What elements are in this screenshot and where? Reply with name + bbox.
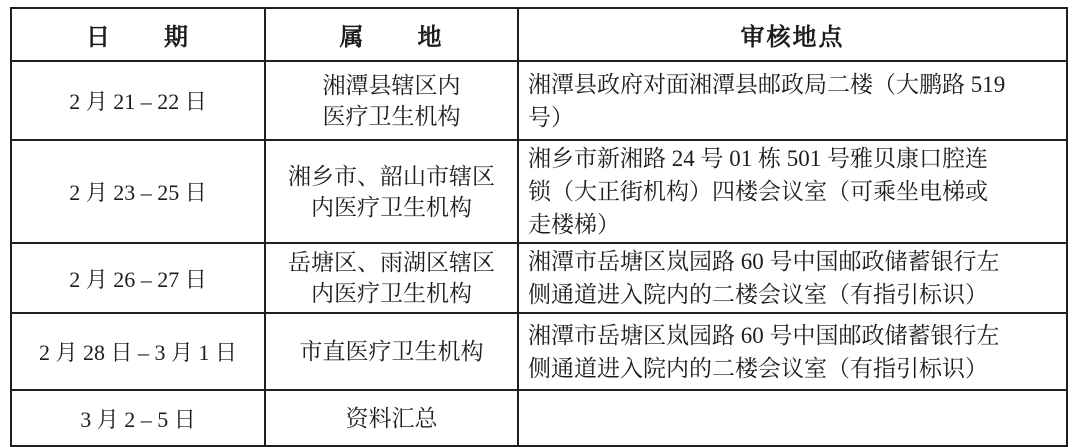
header-row: 日 期 属 地 审核地点	[11, 8, 1067, 61]
cell-location: 湘潭市岳塘区岚园路 60 号中国邮政储蓄银行左 侧通道进入院内的二楼会议室（有指…	[518, 313, 1067, 390]
header-region: 属 地	[265, 8, 518, 61]
cell-location	[518, 390, 1067, 446]
header-location: 审核地点	[518, 8, 1067, 61]
header-date: 日 期	[11, 8, 265, 61]
cell-region: 岳塘区、雨湖区辖区 内医疗卫生机构	[265, 243, 518, 313]
cell-date: 3 月 2 – 5 日	[11, 390, 265, 446]
review-schedule-table: 日 期 属 地 审核地点 2 月 21 – 22 日 湘潭县辖区内 医疗卫生机构…	[10, 7, 1068, 447]
cell-region: 湘潭县辖区内 医疗卫生机构	[265, 61, 518, 140]
cell-location: 湘潭市岳塘区岚园路 60 号中国邮政储蓄银行左 侧通道进入院内的二楼会议室（有指…	[518, 243, 1067, 313]
table-row: 2 月 26 – 27 日 岳塘区、雨湖区辖区 内医疗卫生机构 湘潭市岳塘区岚园…	[11, 243, 1067, 313]
cell-date: 2 月 23 – 25 日	[11, 140, 265, 243]
cell-location: 湘乡市新湘路 24 号 01 栋 501 号雅贝康口腔连 锁（大正街机构）四楼会…	[518, 140, 1067, 243]
table-row: 2 月 28 日 – 3 月 1 日 市直医疗卫生机构 湘潭市岳塘区岚园路 60…	[11, 313, 1067, 390]
document-page: 日 期 属 地 审核地点 2 月 21 – 22 日 湘潭县辖区内 医疗卫生机构…	[0, 0, 1080, 447]
table-row: 2 月 21 – 22 日 湘潭县辖区内 医疗卫生机构 湘潭县政府对面湘潭县邮政…	[11, 61, 1067, 140]
table-row: 2 月 23 – 25 日 湘乡市、韶山市辖区 内医疗卫生机构 湘乡市新湘路 2…	[11, 140, 1067, 243]
cell-region: 湘乡市、韶山市辖区 内医疗卫生机构	[265, 140, 518, 243]
table-row: 3 月 2 – 5 日 资料汇总	[11, 390, 1067, 446]
cell-date: 2 月 21 – 22 日	[11, 61, 265, 140]
cell-date: 2 月 28 日 – 3 月 1 日	[11, 313, 265, 390]
cell-region: 资料汇总	[265, 390, 518, 446]
cell-region: 市直医疗卫生机构	[265, 313, 518, 390]
cell-location: 湘潭县政府对面湘潭县邮政局二楼（大鹏路 519 号）	[518, 61, 1067, 140]
cell-date: 2 月 26 – 27 日	[11, 243, 265, 313]
